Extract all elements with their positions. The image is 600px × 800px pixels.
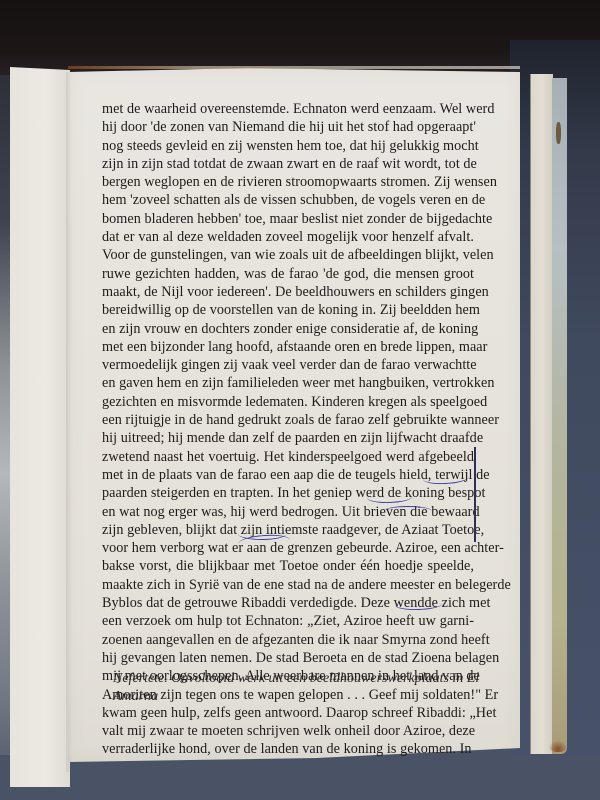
text-line: bergen weglopen en de rivieren stroomopw…	[102, 173, 474, 191]
cover-tear	[556, 122, 561, 144]
text-line: en zijn vrouw en dochters zonder enige c…	[102, 320, 474, 338]
book-cover-left	[10, 67, 70, 787]
page-block-edge	[530, 74, 553, 754]
text-line: en wat nog erger was, hij werd bedrogen.…	[102, 503, 474, 521]
text-line: hem 'zoveel schatten als de vissen schub…	[102, 191, 474, 209]
page-top-edge	[68, 66, 520, 69]
text-line: met in de plaats van de farao een aap di…	[102, 466, 474, 484]
text-line: maakte zich in Syrië van de ene stad na …	[102, 576, 474, 594]
corner-wear	[548, 740, 568, 752]
text-line: ruwe gezichten hadden, was de farao 'de …	[102, 265, 474, 283]
text-line: verraderlijke hond, over de landen van d…	[102, 740, 474, 758]
text-line: met de waarheid overeenstemde. Echnaton …	[102, 100, 474, 118]
pen-margin-line	[474, 447, 476, 542]
text-line: bereidwillig op de voorstellen van de ko…	[102, 301, 474, 319]
text-line: voor hem verborg wat er aan de grenzen g…	[102, 539, 474, 557]
text-line: en gaven hem en zijn familieleden weer m…	[102, 374, 474, 392]
text-line: Voor de gunstelingen, van wie zoals uit …	[102, 246, 474, 264]
body-text: met de waarheid overeenstemde. Echnaton …	[102, 100, 474, 759]
text-line: valt mij zwaar te moeten schrijven welk …	[102, 722, 474, 740]
book-cover-edge-right	[552, 78, 567, 754]
text-line: bakse vorst, die blijkbaar met Toetoe on…	[102, 557, 474, 575]
text-line: hij door 'de zonen van Niemand die hij u…	[102, 118, 474, 136]
figure-caption: Nefertete. Onvoltooid werk uit een beeld…	[113, 670, 493, 706]
text-line: zijn in zijn stad totdat de zwaan zwart …	[102, 155, 474, 173]
text-line: maakt, de Nijl voor iedereen'. De beeldh…	[102, 283, 474, 301]
gutter-shadow	[66, 72, 72, 772]
text-line: hij gevangen laten nemen. De stad Beroet…	[102, 649, 474, 667]
text-line: kwam geen hulp, zelfs geen antwoord. Daa…	[102, 704, 474, 722]
text-line: gezichten en misvormde ledematen. Kinder…	[102, 393, 474, 411]
text-line: zoenen aangevallen en de afgezanten die …	[102, 631, 474, 649]
text-line: een verzoek om hulp tot Echnaton: „Ziet,…	[102, 612, 474, 630]
text-line: dat er van al deze weldaden zoveel mogel…	[102, 228, 474, 246]
pen-underline-hoedje	[384, 506, 432, 511]
caption-line: Amarna	[113, 688, 493, 706]
caption-line: Nefertete. Onvoltooid werk uit een beeld…	[113, 670, 493, 688]
text-line: zwetend naast het voertuig. Het kindersp…	[102, 448, 474, 466]
text-line: een rijtuigje in de hand gedrukt zoals d…	[102, 411, 474, 429]
text-line: vermoedelijk gingen zij vaak veel verder…	[102, 356, 474, 374]
text-line: hij uitreed; hij mende dan zelf de paard…	[102, 429, 474, 447]
text-line: zijn gebleven, blijkt dat zijn intiemste…	[102, 521, 474, 539]
backdrop-bottom	[0, 755, 600, 800]
text-line: bomen bladeren hebben' toe, maar beslist…	[102, 210, 474, 228]
text-line: nog steeds gevleid en zij wensten hem to…	[102, 137, 474, 155]
text-line: met een bijzonder lang hoofd, afstaande …	[102, 338, 474, 356]
text-line: paarden steigerden en trapten. In het ge…	[102, 484, 474, 502]
